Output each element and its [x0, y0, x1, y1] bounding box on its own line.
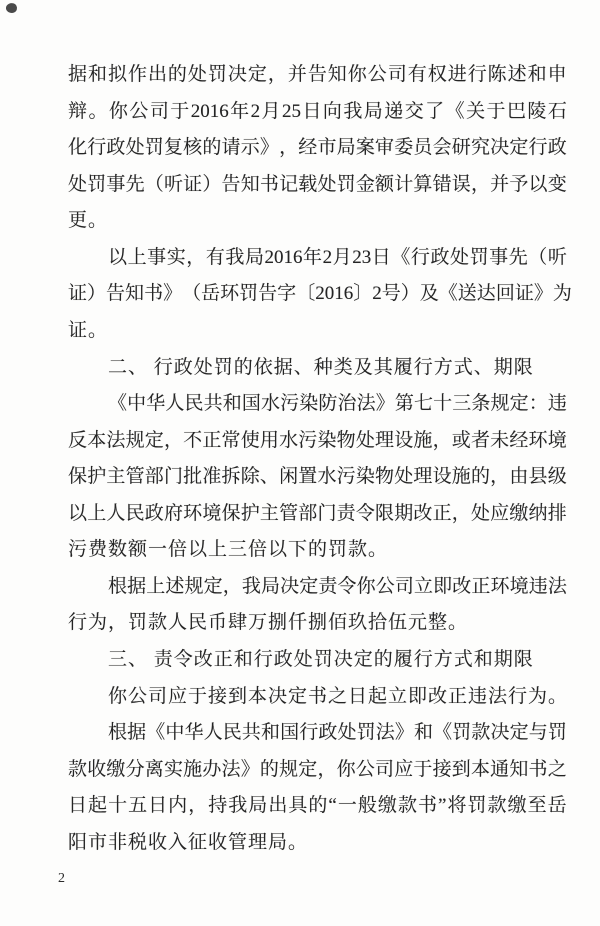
document-line: 根据《中华人民共和国行政处罚法》和《罚款决定与罚: [68, 715, 567, 752]
document-line: 证。: [68, 313, 567, 350]
document-line: 处罚事先（听证）告知书记载处罚金额计算错误，并予以变: [68, 167, 567, 204]
document-line: 日起十五日内，持我局出具的“一般缴款书”将罚款缴至岳: [68, 788, 567, 825]
document-line: 根据上述规定，我局决定责令你公司立即改正环境违法: [68, 569, 567, 606]
document-line: 污费数额一倍以上三倍以下的罚款。: [68, 532, 567, 569]
scan-artifact-mark: [5, 2, 18, 14]
document-line: 阳市非税收入征收管理局。: [68, 825, 567, 862]
document-line: 证）告知书》（岳环罚告字〔2016〕2号）及《送达回证》为: [68, 276, 567, 313]
document-line: 据和拟作出的处罚决定，并告知你公司有权进行陈述和申: [68, 57, 567, 94]
document-line: 辩。你公司于2016年2月25日向我局递交了《关于巴陵石: [68, 94, 567, 131]
document-line: 反本法规定，不正常使用水污染物处理设施，或者未经环境: [68, 423, 567, 460]
document-line: 化行政处罚复核的请示》，经市局案审委员会研究决定行政: [68, 130, 567, 167]
document-line: 行为，罚款人民币肆万捌仟捌佰玖拾伍元整。: [68, 605, 567, 642]
page-number: 2: [58, 871, 65, 887]
document-heading-line: 二、 行政处罚的依据、种类及其履行方式、期限: [68, 350, 567, 387]
document-line: 保护主管部门批准拆除、闲置水污染物处理设施的，由县级: [68, 459, 567, 496]
document-heading-line: 三、 责令改正和行政处罚决定的履行方式和期限: [68, 642, 567, 679]
document-line: 你公司应于接到本决定书之日起立即改正违法行为。: [68, 679, 567, 716]
document-line: 以上事实，有我局2016年2月23日《行政处罚事先（听: [68, 240, 567, 277]
document-line: 《中华人民共和国水污染防治法》第七十三条规定：违: [68, 386, 567, 423]
document-line: 以上人民政府环境保护主管部门责令限期改正，处应缴纳排: [68, 496, 567, 533]
document-page: 据和拟作出的处罚决定，并告知你公司有权进行陈述和申 辩。你公司于2016年2月2…: [0, 0, 600, 926]
document-line: 款收缴分离实施办法》的规定，你公司应于接到本通知书之: [68, 752, 567, 789]
document-line: 更。: [68, 203, 567, 240]
document-text-block: 据和拟作出的处罚决定，并告知你公司有权进行陈述和申 辩。你公司于2016年2月2…: [68, 57, 567, 861]
